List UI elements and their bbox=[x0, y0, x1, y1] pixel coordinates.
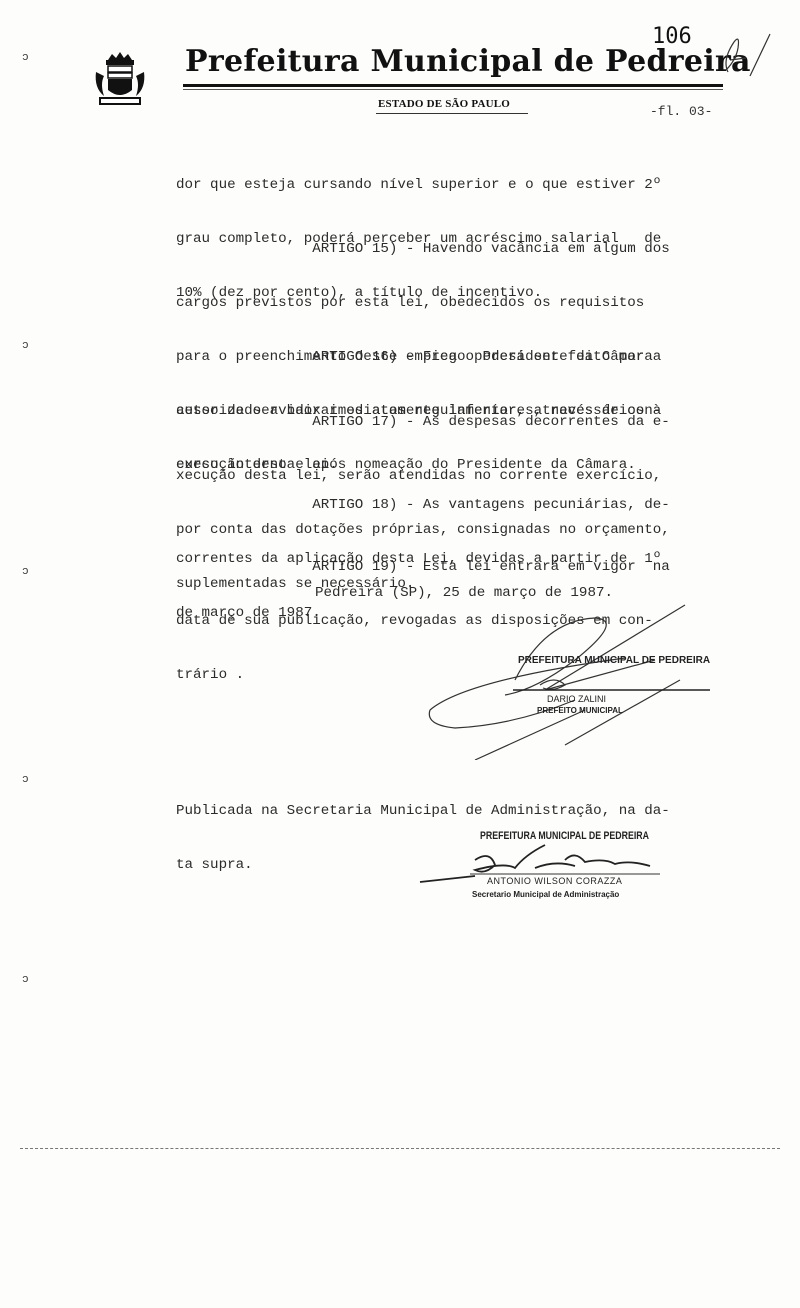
mayor-signature-icon bbox=[425, 600, 725, 760]
folio-number: -fl. 03- bbox=[650, 104, 712, 119]
mayor-role: PREFEITO MUNICIPAL bbox=[537, 706, 623, 715]
scan-artifact-line bbox=[20, 1148, 780, 1151]
state-subtitle: ESTADO DE SÃO PAULO bbox=[378, 98, 510, 110]
secretary-role: Secretario Municipal de Administração bbox=[472, 890, 619, 899]
coat-of-arms-icon bbox=[92, 50, 148, 108]
margin-mark: ɔ bbox=[22, 340, 29, 352]
margin-mark: ɔ bbox=[22, 774, 29, 786]
text-line: dor que esteja cursando nível superior e… bbox=[176, 176, 661, 194]
secretary-name: ANTONIO WILSON CORAZZA bbox=[487, 876, 622, 886]
text-line: ARTIGO 19) - Esta lei entrará em vigor n… bbox=[176, 558, 670, 576]
letterhead-title: Prefeitura Municipal de Pedreira bbox=[185, 44, 751, 79]
text-line: ARTIGO 18) - As vantagens pecuniárias, d… bbox=[176, 496, 670, 514]
header-rule-thin bbox=[183, 89, 723, 90]
text-line: ARTIGO 15) - Havendo vacância em algum d… bbox=[176, 240, 670, 258]
text-line: ARTIGO 16) - Fica o Presidente da Câmara bbox=[176, 348, 661, 366]
text-line: Publicada na Secretaria Municipal de Adm… bbox=[176, 802, 670, 820]
mayor-stamp: PREFEITURA MUNICIPAL DE PEDREIRA bbox=[518, 655, 710, 666]
text-line: cargos previstos por esta lei, obedecido… bbox=[176, 294, 670, 312]
header-rule bbox=[183, 84, 723, 87]
text-line: ARTIGO 17) - As despesas decorrentes da … bbox=[176, 413, 670, 431]
margin-mark: ɔ bbox=[22, 974, 29, 986]
state-underline bbox=[376, 113, 528, 114]
mayor-name: DARIO ZALINI bbox=[547, 694, 606, 704]
handwritten-initial-icon bbox=[720, 30, 772, 80]
page-number: 106 bbox=[652, 24, 692, 49]
margin-mark: ɔ bbox=[22, 52, 29, 64]
margin-mark: ɔ bbox=[22, 566, 29, 578]
